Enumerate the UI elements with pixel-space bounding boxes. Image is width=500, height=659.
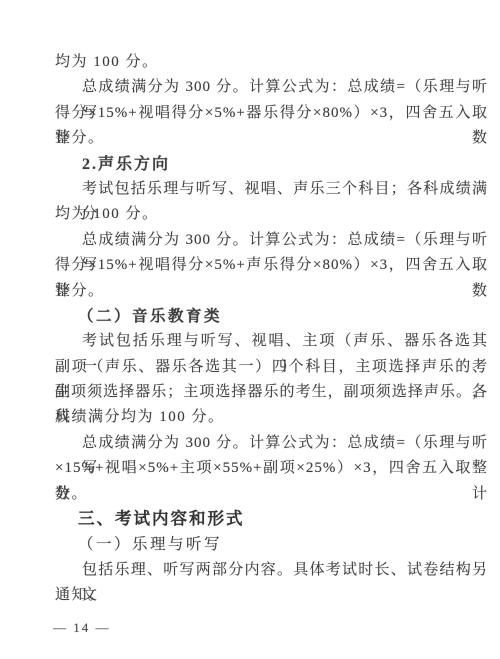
text-line: 副项须选择器乐；主项选择器乐的考生，副项须选择声乐。各科 — [55, 380, 488, 405]
text-line: 得分×15%+视唱得分×5%+器乐得分×80%）×3，四舍五入取整数 — [55, 101, 488, 126]
text-line: 考试包括乐理与听写、视唱、声乐三个科目；各科成绩满分 — [55, 177, 488, 202]
text-line: 通知。 — [55, 583, 488, 608]
text-line: 成绩满分均为 100 分。 — [55, 405, 488, 430]
document-text-block: 均为 100 分。总成绩满分为 300 分。计算公式为：总成绩=（乐理与听写得分… — [55, 50, 488, 609]
text-line: ×15%+视唱×5%+主项×55%+副项×25%）×3，四舍五入取整数计 — [55, 456, 488, 481]
page-number: — 14 — — [53, 620, 111, 636]
text-line: 均为 100 分。 — [55, 50, 488, 75]
section-heading: 三、考试内容和形式 — [55, 507, 488, 532]
text-line: 包括乐理、听写两部分内容。具体考试时长、试卷结构另文 — [55, 558, 488, 583]
text-line: 副项（声乐、器乐各选其一）四个科目，主项选择声乐的考生， — [55, 355, 488, 380]
text-line: 总成绩满分为 300 分。计算公式为：总成绩=（乐理与听写 — [55, 431, 488, 456]
text-line: 得分×15%+视唱得分×5%+声乐得分×80%）×3，四舍五入取整数 — [55, 253, 488, 278]
text-line: 考试包括乐理与听写、视唱、主项（声乐、器乐各选其一）、 — [55, 329, 488, 354]
text-line: 均为 100 分。 — [55, 202, 488, 227]
section-heading: 2.声乐方向 — [55, 152, 488, 177]
text-line: 总成绩满分为 300 分。计算公式为：总成绩=（乐理与听写 — [55, 228, 488, 253]
section-heading: （二）音乐教育类 — [55, 304, 488, 329]
document-page: 均为 100 分。总成绩满分为 300 分。计算公式为：总成绩=（乐理与听写得分… — [0, 0, 500, 659]
section-heading: （一）乐理与听写 — [55, 532, 488, 557]
text-line: 总成绩满分为 300 分。计算公式为：总成绩=（乐理与听写 — [55, 75, 488, 100]
